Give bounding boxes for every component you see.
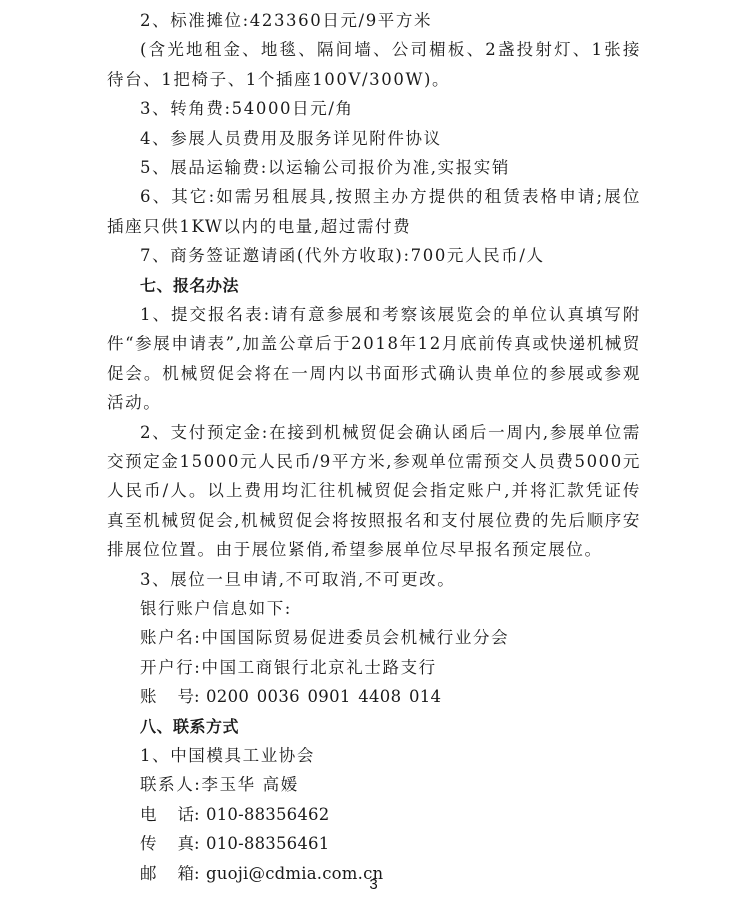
section-heading-contact: 八、联系方式 [107,712,641,741]
document-page: 2、标准摊位:423360日元/9平方米 (含光地租金、地毯、隔间墙、公司楣板、… [107,6,641,888]
contact-phone-value: 010-88356462 [206,805,329,824]
bank-account-name-value: 中国国际贸易促进委员会机械行业分会 [201,628,509,647]
fee-item-visa: 7、商务签证邀请函(代外方收取):700元人民币/人 [107,241,641,270]
registration-step-3: 3、展位一旦申请,不可取消,不可更改。 [107,565,641,594]
fee-item-corner: 3、转角费:54000日元/角 [107,94,641,123]
fee-item-shipping: 5、展品运输费:以运输公司报价为准,实报实销 [107,153,641,182]
section-heading-registration: 七、报名办法 [107,271,641,300]
contact-organization: 1、中国模具工业协会 [107,741,641,770]
bank-account-number: 账 号:0200 0036 0901 4408 014 [107,682,641,711]
contact-phone: 电 话:010-88356462 [107,800,641,829]
fee-item-other: 6、其它:如需另租展具,按照主办方提供的租赁表格申请;展位插座只供1KW以内的电… [107,182,641,241]
bank-branch-label: 开户行: [140,658,201,677]
contact-fax: 传 真:010-88356461 [107,829,641,858]
bank-info-intro: 银行账户信息如下: [107,594,641,623]
bank-account-number-value: 0200 0036 0901 4408 014 [206,687,441,706]
registration-step-2: 2、支付预定金:在接到机械贸促会确认函后一周内,参展单位需交预定金15000元人… [107,418,641,565]
contact-persons: 联系人:李玉华 高媛 [107,770,641,799]
contact-persons-value: 李玉华 高媛 [201,775,298,794]
bank-branch: 开户行:中国工商银行北京礼士路支行 [107,653,641,682]
registration-step-1: 1、提交报名表:请有意参展和考察该展览会的单位认真填写附件“参展申请表”,加盖公… [107,300,641,418]
contact-persons-label: 联系人: [140,775,201,794]
bank-account-number-label: 账 号: [140,682,206,711]
page-number: 3 [0,876,747,893]
contact-phone-label: 电 话: [140,800,206,829]
fee-item-personnel: 4、参展人员费用及服务详见附件协议 [107,124,641,153]
fee-item-standard-booth: 2、标准摊位:423360日元/9平方米 [107,6,641,35]
bank-account-name: 账户名:中国国际贸易促进委员会机械行业分会 [107,623,641,652]
bank-branch-value: 中国工商银行北京礼士路支行 [201,658,436,677]
contact-fax-value: 010-88356461 [206,834,329,853]
bank-account-name-label: 账户名: [140,628,201,647]
contact-fax-label: 传 真: [140,829,206,858]
fee-item-standard-booth-detail: (含光地租金、地毯、隔间墙、公司楣板、2盏投射灯、1张接待台、1把椅子、1个插座… [107,35,641,94]
